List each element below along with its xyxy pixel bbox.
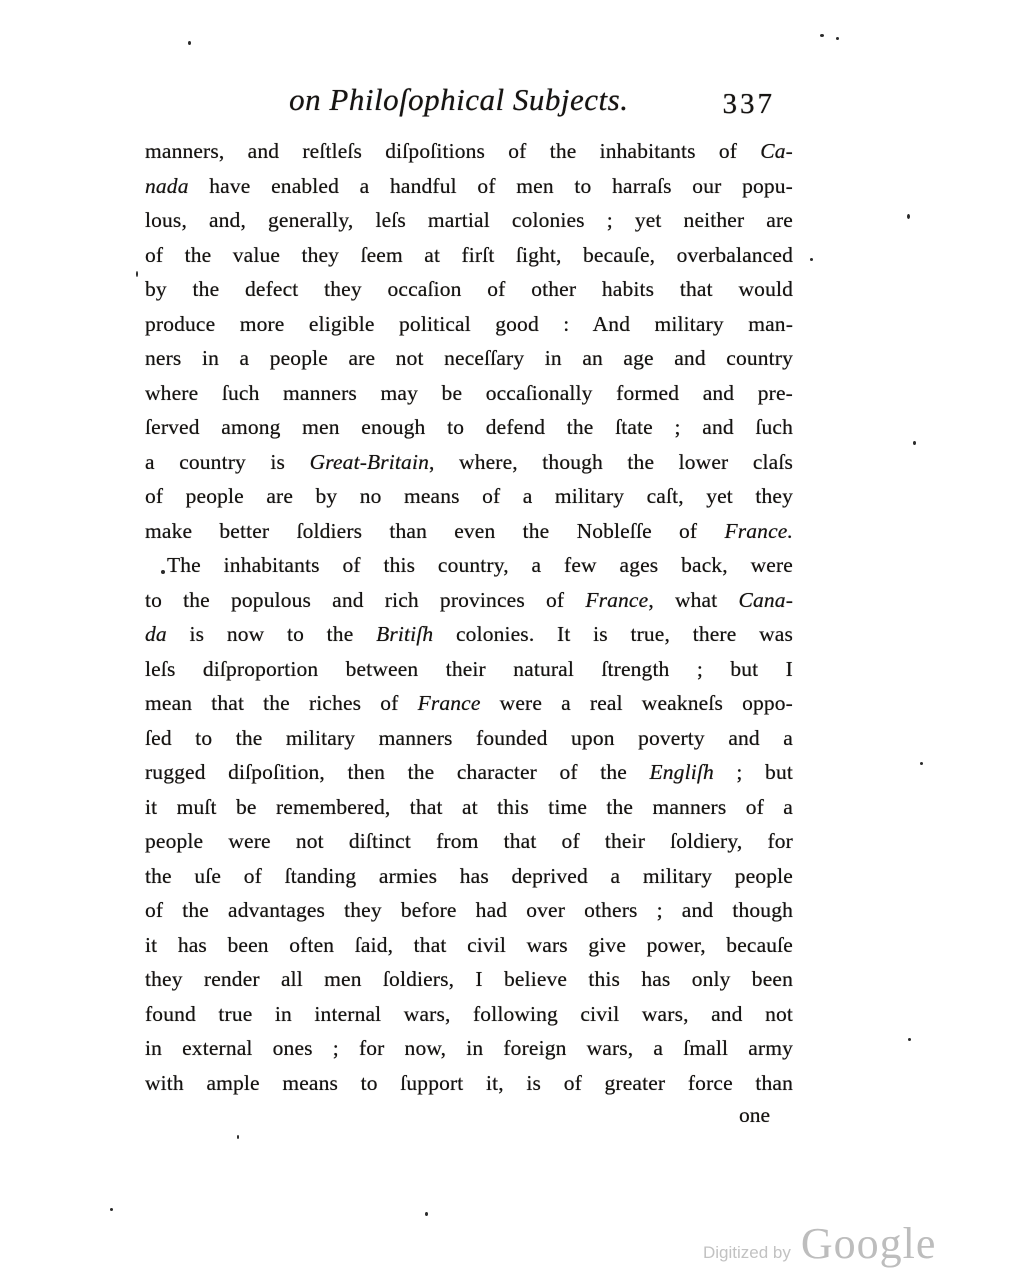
catchword: one bbox=[145, 1098, 770, 1133]
text-line: found true in internal wars, following c… bbox=[145, 997, 793, 1032]
scan-speck bbox=[110, 1208, 113, 1211]
text-line: of the value they ſeem at firſt ſight, b… bbox=[145, 238, 793, 273]
text-line: a country is Great-Britain, where, thoug… bbox=[145, 445, 793, 480]
text-line: The inhabitants of this country, a few a… bbox=[145, 548, 793, 583]
page-text-block: manners, and reſtleſs diſpoſitions of th… bbox=[145, 134, 793, 1100]
text-line: da is now to the Britiſh colonies. It is… bbox=[145, 617, 793, 652]
text-line: produce more eligible political good : A… bbox=[145, 307, 793, 342]
text-line: ſerved among men enough to defend the ſt… bbox=[145, 410, 793, 445]
scan-speck bbox=[820, 34, 824, 37]
google-logo: Google bbox=[801, 1218, 937, 1269]
scan-speck bbox=[425, 1212, 428, 1216]
page-number: 337 bbox=[723, 88, 776, 121]
scan-speck bbox=[913, 441, 916, 445]
text-line: of people are by no means of a military … bbox=[145, 479, 793, 514]
text-line: lous, and, generally, leſs martial colon… bbox=[145, 203, 793, 238]
text-line: make better ſoldiers than even the Noble… bbox=[145, 514, 793, 549]
text-line: it muſt be remembered, that at this time… bbox=[145, 790, 793, 825]
text-line: leſs diſproportion between their natural… bbox=[145, 652, 793, 687]
running-title: on Philoſophical Subjects. bbox=[289, 82, 628, 118]
text-line: the uſe of ſtanding armies has deprived … bbox=[145, 859, 793, 894]
text-line: ſed to the military manners founded upon… bbox=[145, 721, 793, 756]
scan-speck bbox=[136, 271, 138, 277]
text-line: in external ones ; for now, in foreign w… bbox=[145, 1031, 793, 1066]
text-line: with ample means to ſupport it, is of gr… bbox=[145, 1066, 793, 1101]
digitized-by-label: Digitized by bbox=[703, 1243, 791, 1263]
book-page-scan: on Philoſophical Subjects. 337 manners, … bbox=[0, 0, 1014, 1282]
scan-speck bbox=[237, 1135, 239, 1139]
text-line: it has been often ſaid, that civil wars … bbox=[145, 928, 793, 963]
text-line: they render all men ſoldiers, I believe … bbox=[145, 962, 793, 997]
text-line: mean that the riches of France were a re… bbox=[145, 686, 793, 721]
text-line: people were not diſtinct from that of th… bbox=[145, 824, 793, 859]
text-line: to the populous and rich provinces of Fr… bbox=[145, 583, 793, 618]
scan-speck bbox=[836, 37, 839, 40]
text-line: rugged diſpoſition, then the character o… bbox=[145, 755, 793, 790]
scan-speck bbox=[161, 570, 165, 574]
scan-speck bbox=[810, 258, 813, 261]
scan-speck bbox=[907, 214, 910, 219]
scan-speck bbox=[920, 762, 923, 765]
text-line: manners, and reſtleſs diſpoſitions of th… bbox=[145, 134, 793, 169]
text-line: by the defect they occaſion of other hab… bbox=[145, 272, 793, 307]
text-line: nada have enabled a handful of men to ha… bbox=[145, 169, 793, 204]
text-line: of the advantages they before had over o… bbox=[145, 893, 793, 928]
scan-speck bbox=[908, 1038, 911, 1041]
text-line: where ſuch manners may be occaſionally f… bbox=[145, 376, 793, 411]
text-line: ners in a people are not neceſſary in an… bbox=[145, 341, 793, 376]
scan-speck bbox=[188, 41, 191, 45]
running-header: on Philoſophical Subjects. 337 bbox=[145, 82, 793, 128]
google-watermark: Digitized by Google bbox=[703, 1218, 936, 1269]
